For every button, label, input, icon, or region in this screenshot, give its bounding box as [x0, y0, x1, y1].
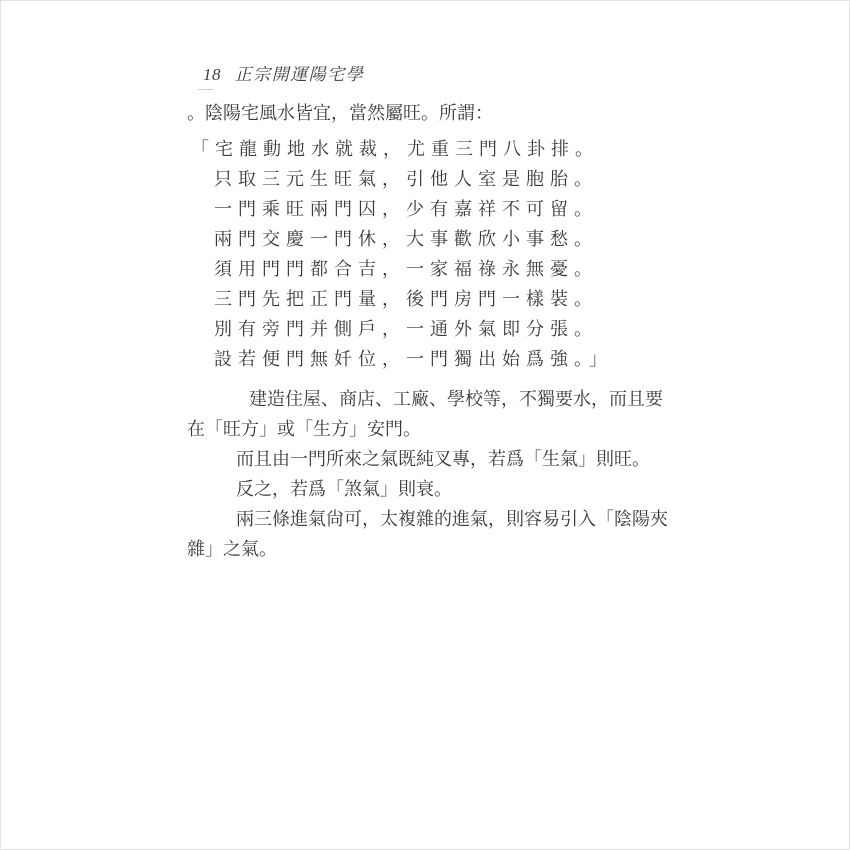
paragraph-line: 反之，若爲「煞氣」則衰。 [236, 477, 452, 501]
paragraph-line: 兩三條進氣尙可，太複雜的進氣，則容易引入「陰陽夾 [236, 507, 668, 531]
book-page: 18 正宗開運陽宅學 。陰陽宅風水皆宜，當然屬旺。所謂： 「宅龍動地水就裁，尤重… [0, 0, 850, 850]
poem-line: 三門先把正門量，後門房門一樣裝。 [214, 287, 598, 311]
poem-line: 須用門門都合吉，一家福祿永無憂。 [214, 257, 598, 281]
running-header: 18 正宗開運陽宅學 [203, 63, 364, 87]
poem-line: 一門乘旺兩門囚，少有嘉祥不可留。 [214, 197, 598, 221]
paragraph-line: 在「旺方」或「生方」安門。 [187, 417, 421, 441]
poem-line: 只取三元生旺氣，引他人室是胞胎。 [214, 167, 598, 191]
poem-line: 兩門交慶一門休，大事歡欣小事愁。 [214, 227, 598, 251]
intro-line: 。陰陽宅風水皆宜，當然屬旺。所謂： [187, 101, 493, 125]
paragraph-line: 雜」之氣。 [187, 537, 277, 561]
poem-line: 「宅龍動地水就裁，尤重三門八卦排。 [191, 137, 599, 161]
page-number: 18 [203, 65, 221, 84]
book-title: 正宗開運陽宅學 [235, 65, 365, 84]
paragraph-line: 建造住屋、商店、工廠、學校等，不獨要水，而且要 [249, 387, 663, 411]
poem-line: 設若便門無奷位，一門獨出始爲強。」 [214, 347, 613, 371]
scan-artifact-dash [198, 89, 213, 90]
poem-line: 別有旁門并側戶，一通外氣即分張。 [214, 317, 598, 341]
paragraph-line: 而且由一門所來之氣既純叉專，若爲「生氣」則旺。 [236, 447, 650, 471]
